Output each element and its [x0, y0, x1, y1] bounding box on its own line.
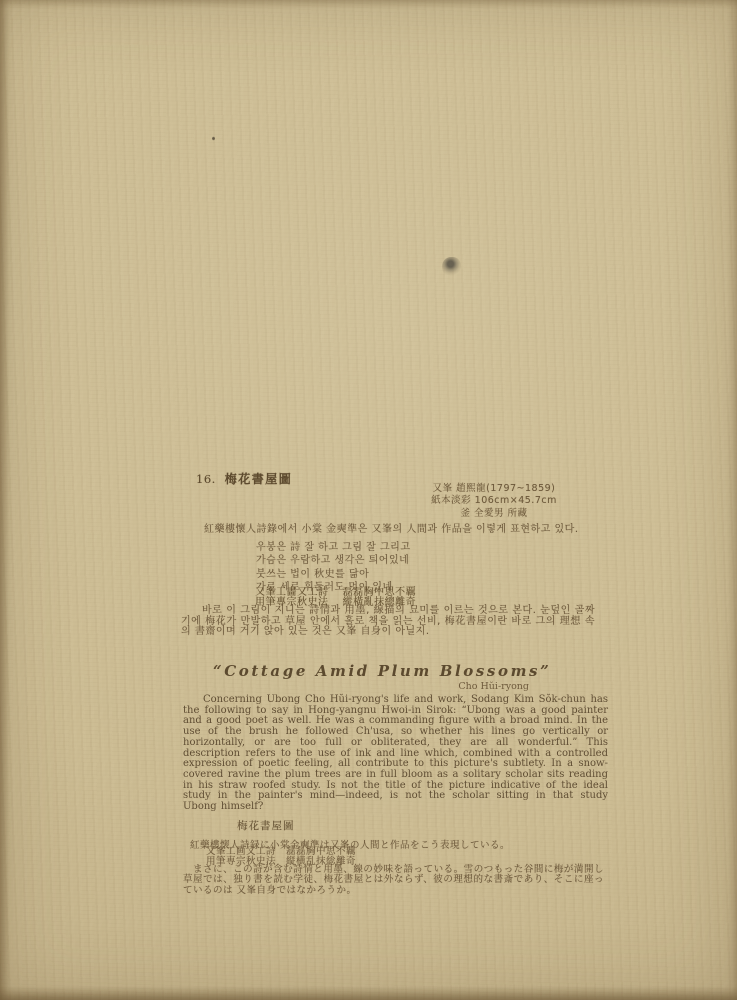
- scanned-catalog-page: 16.梅花書屋圖 又峯 趙熙龍(1797~1859) 紙本淡彩 106cm×45…: [0, 0, 737, 1000]
- credit-collection: 釜 全愛男 所藏: [398, 508, 590, 520]
- entry-heading: 16.梅花書屋圖: [196, 470, 292, 487]
- paper-speck: [212, 136, 215, 141]
- english-artist-name: Cho Hŭi-ryong: [181, 681, 529, 692]
- credit-block: 又峯 趙熙龍(1797~1859) 紙本淡彩 106cm×45.7cm 釜 全愛…: [398, 483, 590, 520]
- english-title: “Cottage Amid Plum Blossoms”: [213, 662, 551, 680]
- english-commentary-paragraph: Concerning Ubong Cho Hŭi-ryong's life an…: [183, 695, 608, 813]
- korean-verse-line: 가슴은 우람하고 생각은 틔어있네: [256, 554, 411, 567]
- korean-commentary-paragraph: 바로 이 그림이 지니는 詩情과 用墨, 線描의 묘미를 이르는 것으로 본다.…: [181, 606, 595, 638]
- japanese-commentary-paragraph: まさに、この詩が含む詩情と用墨、線の妙味を語っている。雪のつもった谷間に梅が満開…: [183, 865, 604, 896]
- entry-title-cjk: 梅花書屋圖: [225, 472, 293, 486]
- japanese-header: 梅花書屋圖: [237, 818, 295, 833]
- credit-medium: 紙本淡彩 106cm×45.7cm: [398, 495, 590, 507]
- korean-intro-paragraph: 紅藥樓懷人詩錄에서 小棠 金奭準은 又峯의 人間과 作品을 이렇게 표현하고 있…: [181, 524, 595, 535]
- ink-stain: [442, 257, 461, 277]
- catalog-number: 16.: [196, 472, 216, 486]
- korean-verse-line: 붓쓰는 법이 秋史를 닮아: [256, 568, 411, 581]
- credit-artist: 又峯 趙熙龍(1797~1859): [398, 483, 590, 495]
- korean-verse-line: 우봉은 詩 잘 하고 그림 잘 그리고: [256, 541, 411, 554]
